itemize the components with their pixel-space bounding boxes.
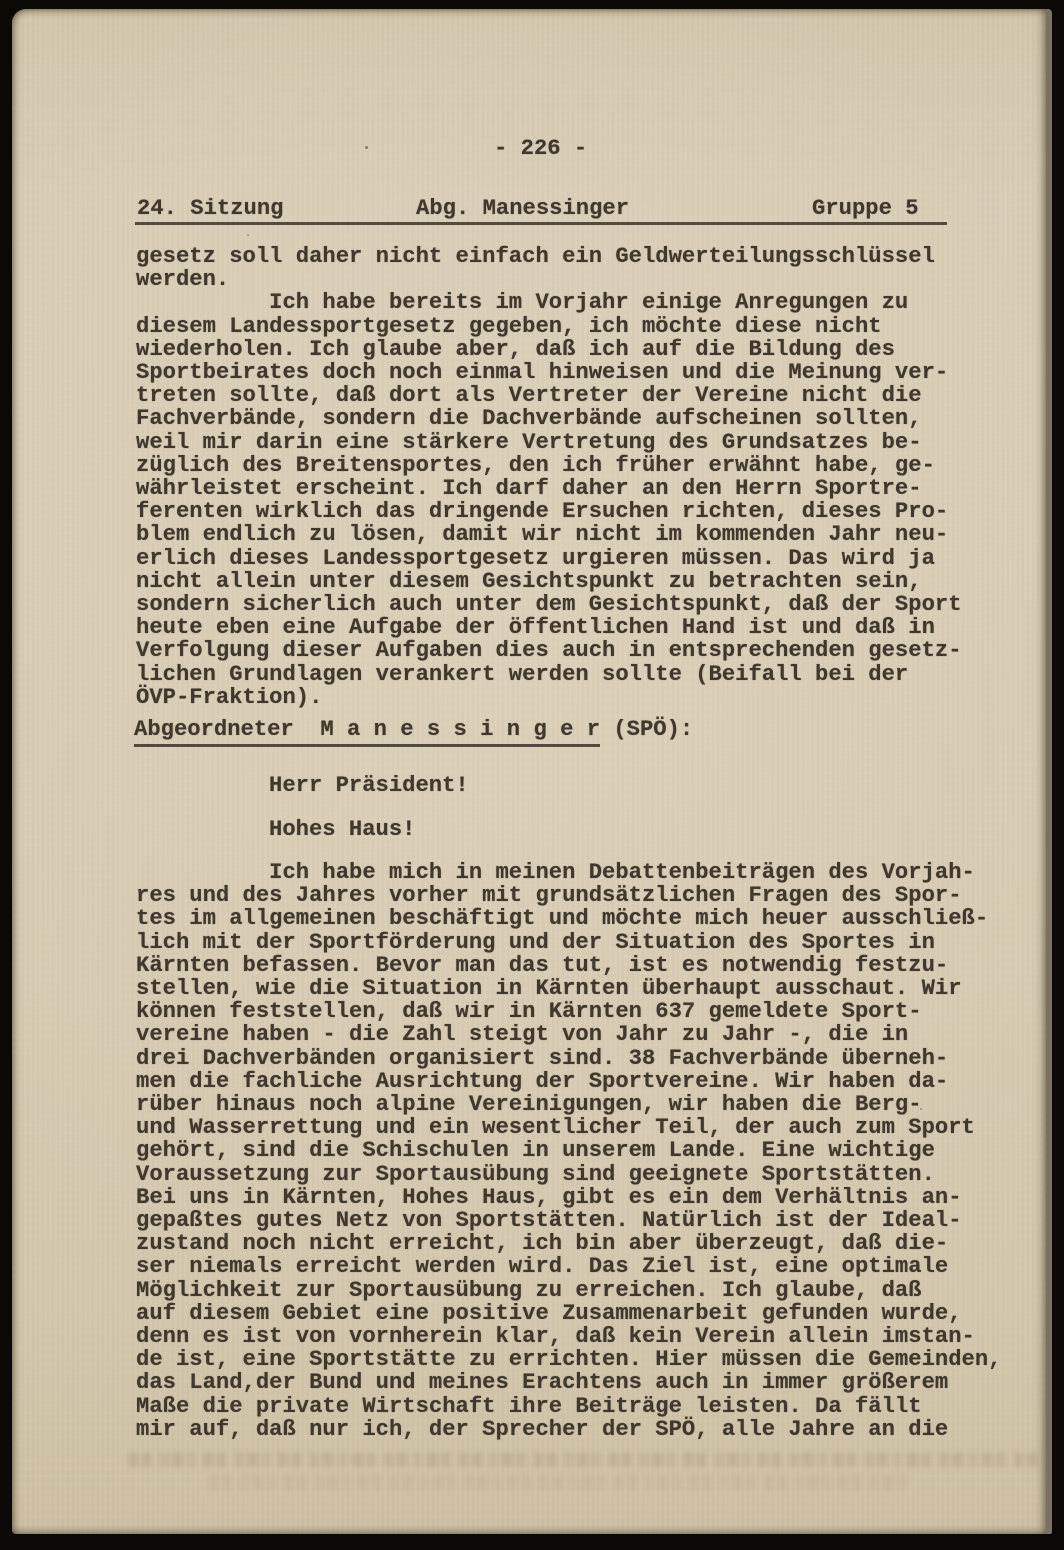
speaker-name-underlined: Abgeordneter M a n e s s i n g e r [134,717,600,747]
paper-speck [920,1108,922,1110]
paper-sheet: - 226 - 24. Sitzung Abg. Manessinger Gru… [12,9,1052,1534]
header-speaker-label: Abg. Manessinger [416,197,629,220]
speech-body-paragraph: Ich habe mich in meinen Debattenbeiträge… [136,861,1001,1441]
salutation-president: Herr Präsident! [269,774,469,797]
bleed-through-ghost-text [128,1452,1040,1467]
page-number: - 226 - [494,137,587,160]
paper-speck [160,440,162,442]
paper-speck [700,1292,702,1294]
speaker-party-suffix: (SPÖ): [600,717,693,742]
bleed-through-ghost-text [208,1475,908,1490]
header-session-label: 24. Sitzung [137,197,283,220]
speaker-heading: Abgeordneter M a n e s s i n g e r (SPÖ)… [134,718,693,741]
page-header: 24. Sitzung Abg. Manessinger Gruppe 5 [135,197,947,225]
salutation-house: Hohes Haus! [269,818,415,841]
speech-continuation-paragraph: gesetz soll daher nicht einfach ein Geld… [136,245,962,709]
scanned-document-page: { "colors": { "paper": "#d7cbb2", "ink":… [0,0,1064,1550]
paper-speck [365,146,368,149]
header-group-label: Gruppe 5 [812,197,919,220]
paper-speck [247,234,249,236]
